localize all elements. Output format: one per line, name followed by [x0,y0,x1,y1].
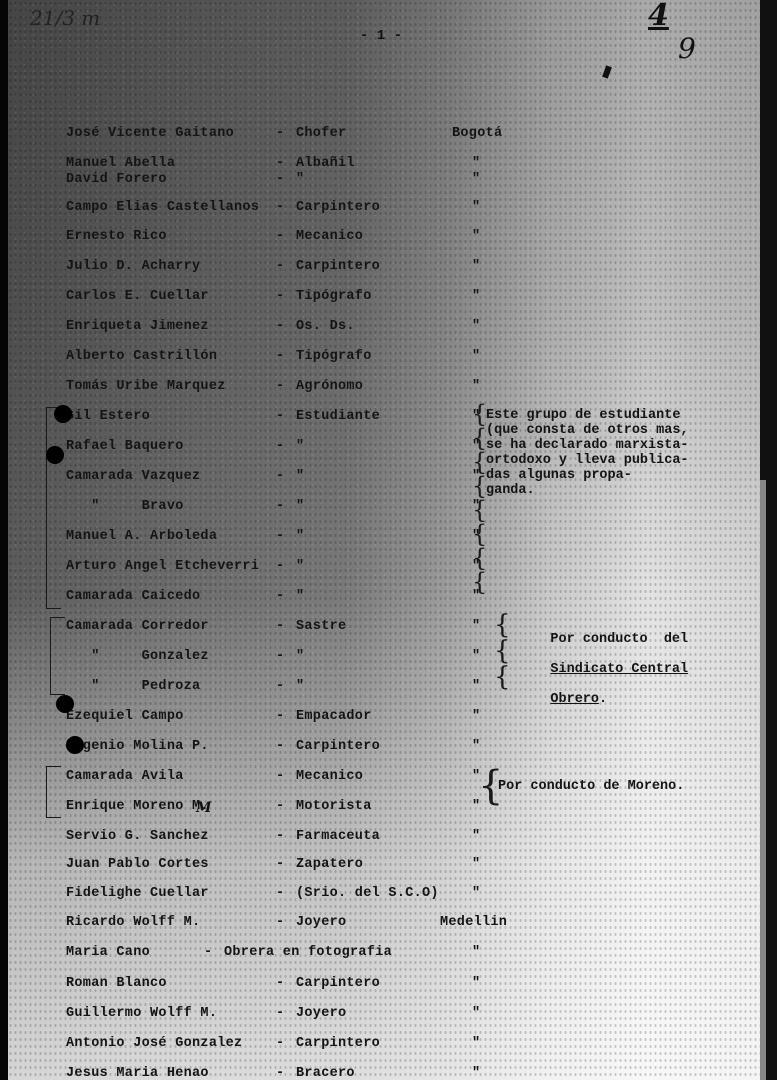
group-bracket-moreno [46,766,61,818]
occupation: Chofer [296,126,346,141]
separator-dash: - [276,619,284,634]
occupation: " [296,529,304,544]
separator-dash: - [276,229,284,244]
city: Medellin [440,915,507,930]
person-name: Enriqueta Jimenez [66,319,209,334]
occupation: Agrónomo [296,379,363,394]
separator-dash: - [276,886,284,901]
separator-dash: - [276,1036,284,1051]
separator-dash: - [276,915,284,930]
person-name: Tomás Uribe Marquez [66,379,226,394]
separator-dash: - [276,289,284,304]
person-name: Guillermo Wolff M. [66,1006,217,1021]
handwritten-folio-number: 4 [648,0,669,33]
occupation: Mecanico [296,769,363,784]
occupation: Carpintero [296,976,380,991]
person-name: Camarada Avila [66,769,184,784]
person-name: " Pedroza [66,679,200,694]
separator-dash: - [276,769,284,784]
separator-dash: - [276,200,284,215]
person-name: Camarada Vazquez [66,469,200,484]
person-name: Arturo Angel Etcheverri [66,559,259,574]
city: " [472,945,480,960]
city: Bogotá [452,126,502,141]
separator-dash: - [276,126,284,141]
occupation: " [296,589,304,604]
occupation: Zapatero [296,857,363,872]
separator-dash: - [276,1066,284,1080]
note-sindicato-line2: Sindicato Central [550,662,688,677]
person-name: Maria Cano [66,945,150,960]
ink-spot [602,65,612,78]
occupation: Albañil [296,156,355,171]
occupation: " [296,649,304,664]
occupation: Joyero [296,915,346,930]
person-name: Alberto Castrillón [66,349,217,364]
person-name: Camarada Caicedo [66,589,200,604]
separator-dash: - [276,799,284,814]
occupation: Tipógrafo [296,289,372,304]
marker-dot [46,446,64,464]
marker-dot [56,695,74,713]
note-moreno: Por conducto de Moreno. [498,779,684,794]
occupation: (Srio. del S.C.O) [296,886,439,901]
person-name: David Forero [66,172,167,187]
person-name: Enrique Moreno M. [66,799,209,814]
note-sindicato-line1: Por conducto del [550,632,688,647]
separator-dash: - [276,499,284,514]
city: " [472,229,480,244]
group-bracket-tailors [50,617,65,695]
handwritten-reference: 21/3 m [30,6,100,30]
occupation: Farmaceuta [296,829,380,844]
person-name: Ricardo Wolff M. [66,915,200,930]
separator-dash: - [276,172,284,187]
separator-dash: - [276,439,284,454]
person-name: Rafael Baquero [66,439,184,454]
separator-dash: - [276,679,284,694]
separator-dash: - [204,945,212,960]
person-name: Julio D. Acharry [66,259,200,274]
person-name: José Vicente Gaitano [66,126,234,141]
occupation: " [296,499,304,514]
person-name: Ezequiel Campo [66,709,184,724]
person-name: Manuel A. Arboleda [66,529,217,544]
person-name: " Bravo [66,499,184,514]
person-name: Campo Elias Castellanos [66,200,259,215]
note-sindicato: Por conducto del Sindicato Central Obrer… [518,617,688,722]
city: " [472,259,480,274]
occupation: Estudiante [296,409,380,424]
separator-dash: - [276,529,284,544]
person-name: Jesus Maria Henao [66,1066,209,1080]
person-name: Juan Pablo Cortes [66,857,209,872]
occupation: Mecanico [296,229,363,244]
occupation: Carpintero [296,739,380,754]
city: " [472,886,480,901]
person-name: Gil Estero [66,409,150,424]
marker-dot [66,736,84,754]
person-name: Manuel Abella [66,156,175,171]
separator-dash: - [276,739,284,754]
separator-dash: - [276,349,284,364]
city: " [472,156,480,171]
person-name: Antonio José Gonzalez [66,1036,242,1051]
handwritten-folio-sub: 9 [678,32,696,65]
marker-dot [54,405,72,423]
city: " [472,1066,480,1080]
occupation: Sastre [296,619,346,634]
scan-right-edge [760,0,777,1080]
occupation: " [296,469,304,484]
city: " [472,829,480,844]
city: " [472,200,480,215]
occupation: Joyero [296,1006,346,1021]
city: " [472,172,480,187]
handwritten-initial: M [196,800,212,816]
occupation: " [296,439,304,454]
person-name: " Gonzalez [66,649,209,664]
occupation: Empacador [296,709,372,724]
note-period: . [599,692,607,707]
separator-dash: - [276,1006,284,1021]
occupation: Motorista [296,799,372,814]
separator-dash: - [276,829,284,844]
occupation: Os. Ds. [296,319,355,334]
curly-brace-students: {{{{{{{{ [472,402,487,594]
separator-dash: - [276,709,284,724]
occupation: Carpintero [296,259,380,274]
person-name: Ernesto Rico [66,229,167,244]
group-bracket-students [46,407,61,609]
separator-dash: - [276,469,284,484]
person-name: Eugenio Molina P. [66,739,209,754]
city: " [472,319,480,334]
occupation: Carpintero [296,200,380,215]
city: " [472,379,480,394]
city: " [472,1036,480,1051]
city: " [472,739,480,754]
city: " [472,679,480,694]
occupation: Carpintero [296,1036,380,1051]
separator-dash: - [276,589,284,604]
city: " [472,649,480,664]
city: " [472,1006,480,1021]
city: " [472,857,480,872]
occupation: " [296,679,304,694]
occupation: Obrera en fotografia [224,945,392,960]
separator-dash: - [276,409,284,424]
person-name: Fidelighe Cuellar [66,886,209,901]
person-name: Carlos E. Cuellar [66,289,209,304]
separator-dash: - [276,259,284,274]
separator-dash: - [276,559,284,574]
separator-dash: - [276,319,284,334]
occupation: Bracero [296,1066,355,1080]
separator-dash: - [276,976,284,991]
occupation: " [296,172,304,187]
curly-brace-sindicato: {{{ [494,612,511,690]
city: " [472,289,480,304]
separator-dash: - [276,857,284,872]
separator-dash: - [276,649,284,664]
note-students-group: Este grupo de estudiante (que consta de … [486,408,689,498]
scanned-document-page: 21/3 m - 1 - 4 9 José Vicente Gaitano - … [8,0,760,1080]
note-sindicato-line3: Obrero [550,692,599,707]
separator-dash: - [276,156,284,171]
person-name: Servio G. Sanchez [66,829,209,844]
occupation: " [296,559,304,574]
page-number: - 1 - [360,28,402,44]
person-name: Camarada Corredor [66,619,209,634]
city: " [472,709,480,724]
city: " [472,619,480,634]
occupation: Tipógrafo [296,349,372,364]
city: " [472,976,480,991]
person-name: Roman Blanco [66,976,167,991]
separator-dash: - [276,379,284,394]
city: " [472,349,480,364]
